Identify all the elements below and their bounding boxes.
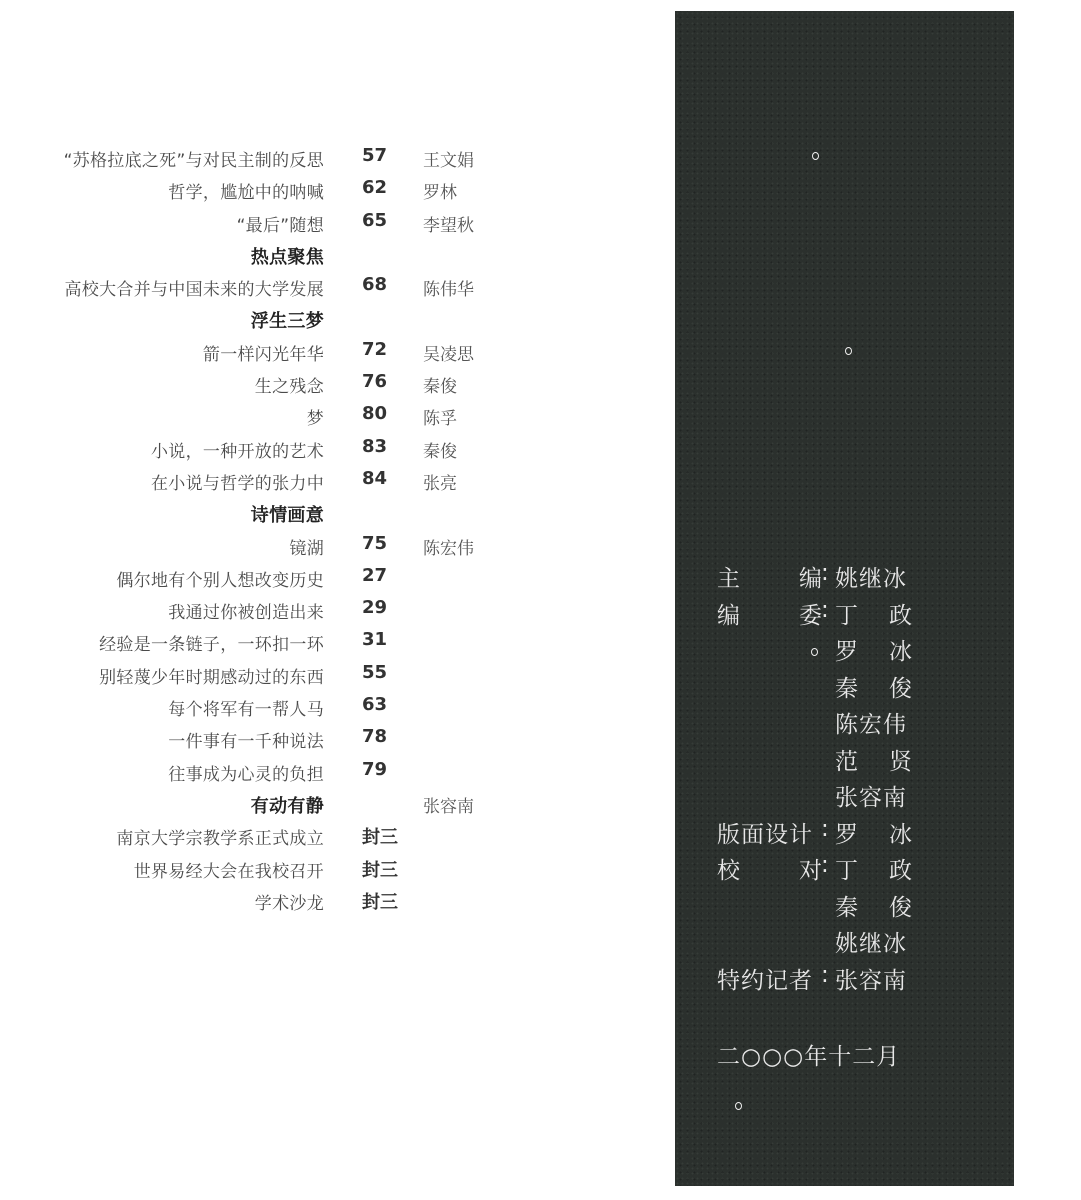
- page-number: 72: [362, 339, 387, 360]
- credit-colon: :: [821, 597, 830, 623]
- article-title: 高校大合并与中国未来的大学发展: [65, 275, 325, 300]
- article-title: 偶尔地有个别人想改变历史: [116, 566, 324, 591]
- toc-entry: 生之残念76秦俊: [0, 368, 560, 400]
- credit-colon: :: [821, 560, 830, 586]
- credit-person-part: 政: [889, 852, 913, 885]
- author-name: 陈伟华: [423, 275, 474, 300]
- page-number: 封三: [362, 888, 398, 914]
- page-number: 55: [362, 662, 387, 683]
- credit-person-part: 张容南: [835, 779, 907, 812]
- page-number: 封三: [362, 823, 398, 849]
- article-title: 生之残念: [255, 372, 324, 397]
- author-name: 李望秋: [423, 211, 474, 236]
- toc-entry: 高校大合并与中国未来的大学发展68陈伟华: [0, 271, 560, 303]
- credit-role-part: 主: [717, 560, 741, 593]
- page-number: 57: [362, 145, 387, 166]
- toc-entry: 哲学，尴尬中的呐喊62罗林: [0, 174, 560, 206]
- credit-role-part: 对: [799, 852, 823, 885]
- article-title: 哲学，尴尬中的呐喊: [168, 178, 324, 203]
- toc-entry: 箭一样闪光年华72吴凌思: [0, 336, 560, 368]
- page-number: 29: [362, 597, 387, 618]
- page-number: 68: [362, 274, 387, 295]
- credit-person-part: 张容南: [835, 962, 907, 995]
- toc-entry: 梦80陈孚: [0, 400, 560, 432]
- page-number: 65: [362, 210, 387, 231]
- toc-entry: 往事成为心灵的负担79: [0, 756, 560, 788]
- toc-entry: 世界易经大会在我校召开封三: [0, 853, 560, 885]
- article-title: 箭一样闪光年华: [203, 340, 324, 365]
- page-number: 78: [362, 726, 387, 747]
- credit-person-part: 罗: [835, 633, 859, 666]
- credit-person-part: 冰: [889, 633, 913, 666]
- credit-person-part: 贤: [889, 743, 913, 776]
- credit-person-part: 秦: [835, 670, 859, 703]
- article-title: 经验是一条链子，一环扣一环: [99, 630, 324, 655]
- page-number: 75: [362, 533, 387, 554]
- speck-mark: [845, 347, 852, 355]
- article-title: 别轻蔑少年时期感动过的东西: [99, 663, 324, 688]
- section-title: 诗情画意: [251, 501, 324, 527]
- speck-mark: [735, 1102, 742, 1110]
- credit-person-part: 罗: [835, 816, 859, 849]
- article-title: 一件事有一千种说法: [168, 727, 324, 752]
- credit-person-part: 秦: [835, 889, 859, 922]
- credit-person-part: 范: [835, 743, 859, 776]
- section-title: 有动有静: [251, 792, 324, 818]
- article-title: 每个将军有一帮人马: [168, 695, 324, 720]
- toc-entry: 一件事有一千种说法78: [0, 723, 560, 755]
- author-name: 陈孚: [423, 404, 457, 429]
- credit-person-part: 姚继冰: [835, 925, 907, 958]
- article-title: 南京大学宗教学系正式成立: [116, 824, 324, 849]
- toc-entry: 镜湖75陈宏伟: [0, 530, 560, 562]
- credit-person-part: 冰: [889, 816, 913, 849]
- credit-colon: :: [821, 852, 830, 878]
- toc-section-heading: 热点聚焦: [0, 239, 560, 271]
- credit-role-part: 委: [799, 597, 823, 630]
- article-title: “苏格拉底之死”与对民主制的反思: [64, 146, 324, 171]
- credit-person-part: 政: [889, 597, 913, 630]
- toc-entry: 我通过你被创造出来29: [0, 594, 560, 626]
- toc-section-heading: 有动有静张容南: [0, 788, 560, 820]
- author-name: 吴凌思: [423, 340, 474, 365]
- article-title: 往事成为心灵的负担: [168, 760, 324, 785]
- toc-entry: 小说，一种开放的艺术83秦俊: [0, 433, 560, 465]
- toc-entry: 学术沙龙封三: [0, 885, 560, 917]
- page-number: 80: [362, 403, 387, 424]
- article-title: 我通过你被创造出来: [168, 598, 324, 623]
- page-number: 76: [362, 371, 387, 392]
- author-name: 秦俊: [423, 372, 457, 397]
- article-title: 学术沙龙: [255, 889, 324, 914]
- article-title: 小说，一种开放的艺术: [151, 437, 324, 462]
- article-title: “最后”随想: [237, 211, 324, 236]
- section-title: 浮生三梦: [251, 307, 324, 333]
- credit-colon: :: [821, 816, 830, 842]
- page-number: 31: [362, 629, 387, 650]
- credit-colon: :: [821, 962, 830, 988]
- page-number: 83: [362, 436, 387, 457]
- article-title: 在小说与哲学的张力中: [151, 469, 324, 494]
- page-number: 封三: [362, 856, 398, 882]
- credit-person-part: 丁: [835, 597, 859, 630]
- author-name: 张容南: [423, 792, 474, 817]
- page-number: 62: [362, 177, 387, 198]
- credit-role-part: 校: [717, 852, 741, 885]
- toc-entry: 经验是一条链子，一环扣一环31: [0, 626, 560, 658]
- toc-entry: 南京大学宗教学系正式成立封三: [0, 820, 560, 852]
- toc-entry: 在小说与哲学的张力中84张亮: [0, 465, 560, 497]
- speck-mark: [812, 152, 819, 160]
- toc-entry: 偶尔地有个别人想改变历史27: [0, 562, 560, 594]
- page-number: 79: [362, 759, 387, 780]
- toc-section-heading: 浮生三梦: [0, 303, 560, 335]
- author-name: 罗林: [423, 178, 457, 203]
- toc-entry: 每个将军有一帮人马63: [0, 691, 560, 723]
- toc-entry: 别轻蔑少年时期感动过的东西55: [0, 659, 560, 691]
- issue-date: 二○○○年十二月: [717, 1038, 900, 1071]
- page-number: 63: [362, 694, 387, 715]
- credit-person-part: 俊: [889, 670, 913, 703]
- speck-mark: [811, 648, 818, 656]
- credit-role-part: 特约记者: [717, 962, 813, 995]
- credit-person-part: 俊: [889, 889, 913, 922]
- author-name: 张亮: [423, 469, 457, 494]
- author-name: 陈宏伟: [423, 534, 474, 559]
- author-name: 王文娟: [423, 146, 474, 171]
- author-name: 秦俊: [423, 437, 457, 462]
- article-title: 世界易经大会在我校召开: [134, 857, 324, 882]
- credit-person-part: 姚继冰: [835, 560, 907, 593]
- toc-section-heading: 诗情画意: [0, 497, 560, 529]
- credit-person-part: 丁: [835, 852, 859, 885]
- credit-role-part: 编: [799, 560, 823, 593]
- credit-role-part: 编: [717, 597, 741, 630]
- article-title: 镜湖: [289, 534, 324, 559]
- page-number: 84: [362, 468, 387, 489]
- credit-person-part: 陈宏伟: [835, 706, 907, 739]
- credit-role-part: 版面设计: [717, 816, 813, 849]
- article-title: 梦: [307, 404, 324, 429]
- section-title: 热点聚焦: [251, 243, 324, 269]
- page-number: 27: [362, 565, 387, 586]
- table-of-contents: “苏格拉底之死”与对民主制的反思57王文娟哲学，尴尬中的呐喊62罗林“最后”随想…: [0, 142, 560, 917]
- toc-entry: “最后”随想65李望秋: [0, 207, 560, 239]
- toc-entry: “苏格拉底之死”与对民主制的反思57王文娟: [0, 142, 560, 174]
